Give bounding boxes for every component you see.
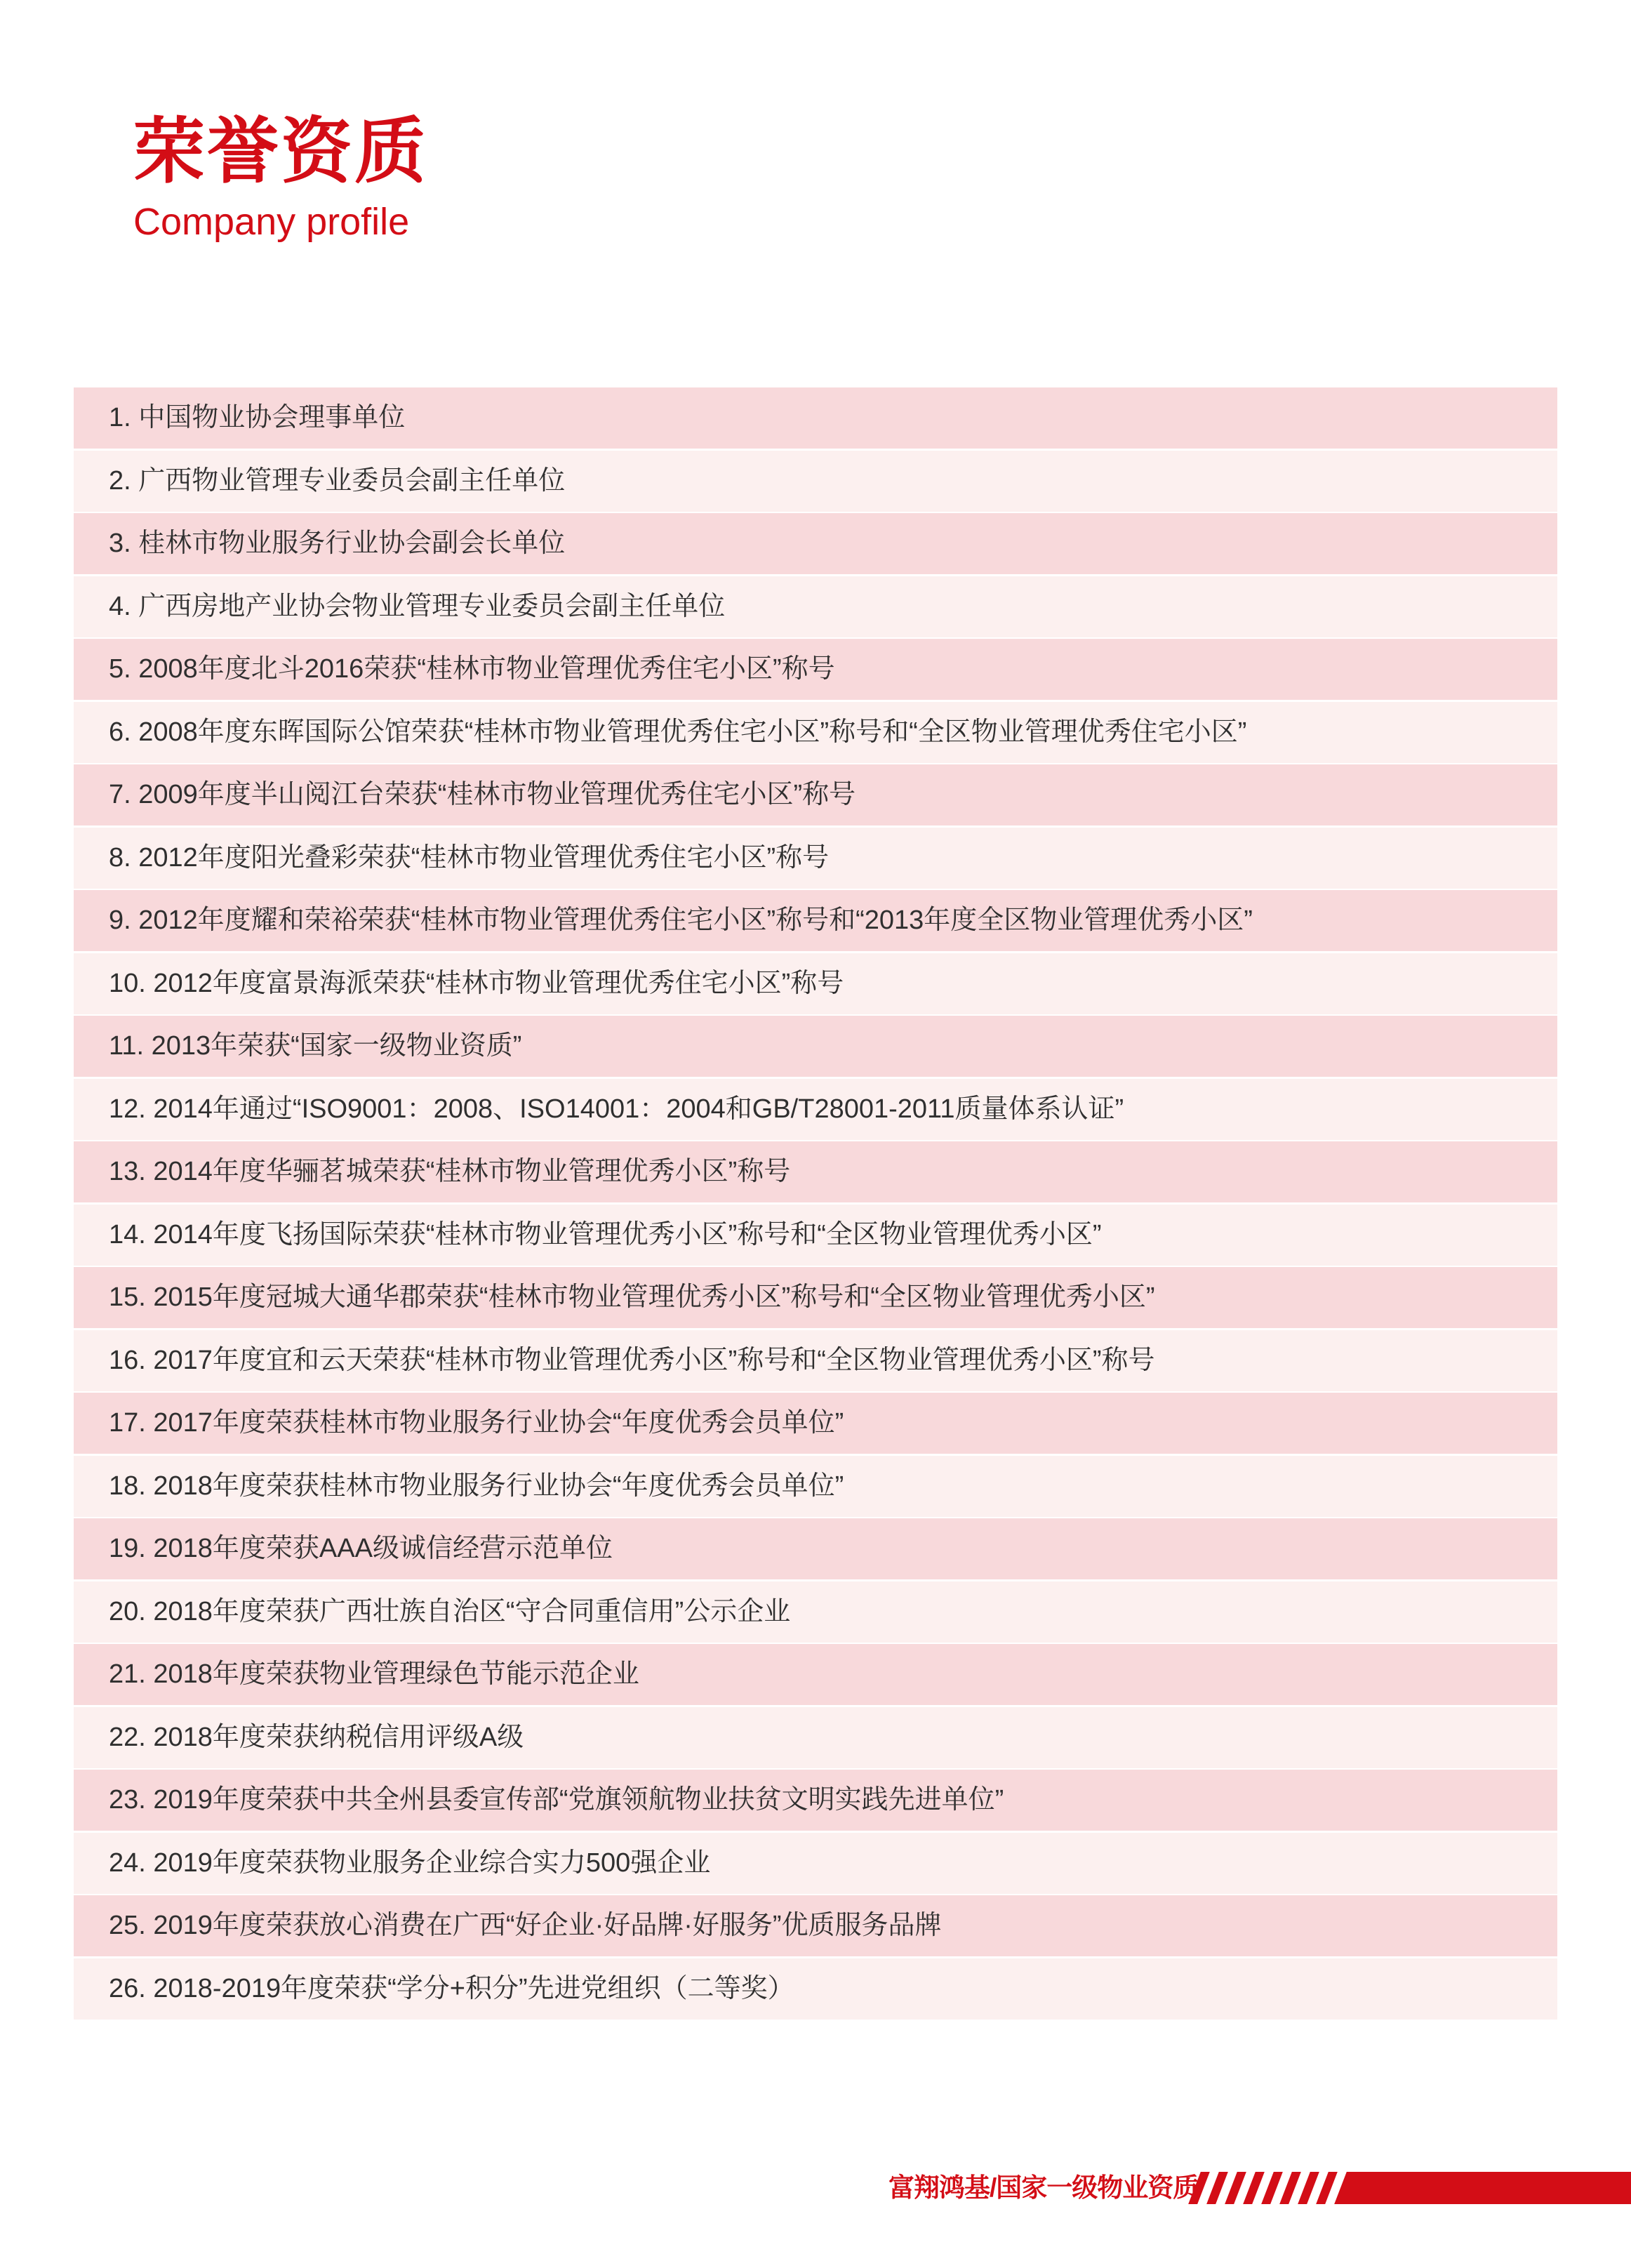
- footer-brand-label: 富翔鸿基/国家一级物业资质: [888, 2172, 1198, 2204]
- list-item: 14. 2014年度飞扬国际荣获“桂林市物业管理优秀小区”称号和“全区物业管理优…: [74, 1205, 1557, 1266]
- list-item: 16. 2017年度宜和云天荣获“桂林市物业管理优秀小区”称号和“全区物业管理优…: [74, 1330, 1557, 1391]
- list-item: 24. 2019年度荣获物业服务企业综合实力500强企业: [74, 1833, 1557, 1894]
- list-item: 21. 2018年度荣获物业管理绿色节能示范企业: [74, 1644, 1557, 1705]
- page-header: 荣誉资质 Company profile: [133, 111, 428, 244]
- list-item: 2. 广西物业管理专业委员会副主任单位: [74, 451, 1557, 512]
- list-item: 22. 2018年度荣获纳税信用评级A级: [74, 1707, 1557, 1768]
- list-item: 8. 2012年度阳光叠彩荣获“桂林市物业管理优秀住宅小区”称号: [74, 828, 1557, 889]
- list-item: 9. 2012年度耀和荣裕荣获“桂林市物业管理优秀住宅小区”称号和“2013年度…: [74, 890, 1557, 951]
- list-item: 6. 2008年度东晖国际公馆荣获“桂林市物业管理优秀住宅小区”称号和“全区物业…: [74, 702, 1557, 763]
- list-item: 26. 2018-2019年度荣获“学分+积分”先进党组织（二等奖）: [74, 1958, 1557, 2020]
- list-item: 18. 2018年度荣获桂林市物业服务行业协会“年度优秀会员单位”: [74, 1456, 1557, 1517]
- list-item: 11. 2013年荣获“国家一级物业资质”: [74, 1016, 1557, 1077]
- list-item: 19. 2018年度荣获AAA级诚信经营示范单位: [74, 1518, 1557, 1579]
- document-page: 荣誉资质 Company profile 1. 中国物业协会理事单位 2. 广西…: [0, 0, 1631, 2268]
- honors-list: 1. 中国物业协会理事单位 2. 广西物业管理专业委员会副主任单位 3. 桂林市…: [74, 387, 1557, 2021]
- list-item: 13. 2014年度华骊茗城荣获“桂林市物业管理优秀小区”称号: [74, 1141, 1557, 1202]
- list-item: 23. 2019年度荣获中共全州县委宣传部“党旗领航物业扶贫文明实践先进单位”: [74, 1770, 1557, 1831]
- list-item: 1. 中国物业协会理事单位: [74, 387, 1557, 449]
- diagonal-stripes-decoration: [1194, 2172, 1340, 2204]
- list-item: 7. 2009年度半山阅江台荣获“桂林市物业管理优秀住宅小区”称号: [74, 764, 1557, 825]
- list-item: 5. 2008年度北斗2016荣获“桂林市物业管理优秀住宅小区”称号: [74, 639, 1557, 700]
- list-item: 3. 桂林市物业服务行业协会副会长单位: [74, 513, 1557, 574]
- footer-red-bar: [1334, 2172, 1631, 2204]
- list-item: 17. 2017年度荣获桂林市物业服务行业协会“年度优秀会员单位”: [74, 1393, 1557, 1454]
- page-title: 荣誉资质: [133, 111, 428, 193]
- list-item: 20. 2018年度荣获广西壮族自治区“守合同重信用”公示企业: [74, 1581, 1557, 1643]
- list-item: 4. 广西房地产业协会物业管理专业委员会副主任单位: [74, 576, 1557, 637]
- list-item: 12. 2014年通过“ISO9001：2008、ISO14001：2004和G…: [74, 1079, 1557, 1140]
- page-footer: 富翔鸿基/国家一级物业资质: [0, 2172, 1631, 2204]
- list-item: 15. 2015年度冠城大通华郡荣获“桂林市物业管理优秀小区”称号和“全区物业管…: [74, 1267, 1557, 1328]
- list-item: 10. 2012年度富景海派荣获“桂林市物业管理优秀住宅小区”称号: [74, 953, 1557, 1014]
- page-subtitle: Company profile: [133, 200, 428, 244]
- list-item: 25. 2019年度荣获放心消费在广西“好企业·好品牌·好服务”优质服务品牌: [74, 1895, 1557, 1956]
